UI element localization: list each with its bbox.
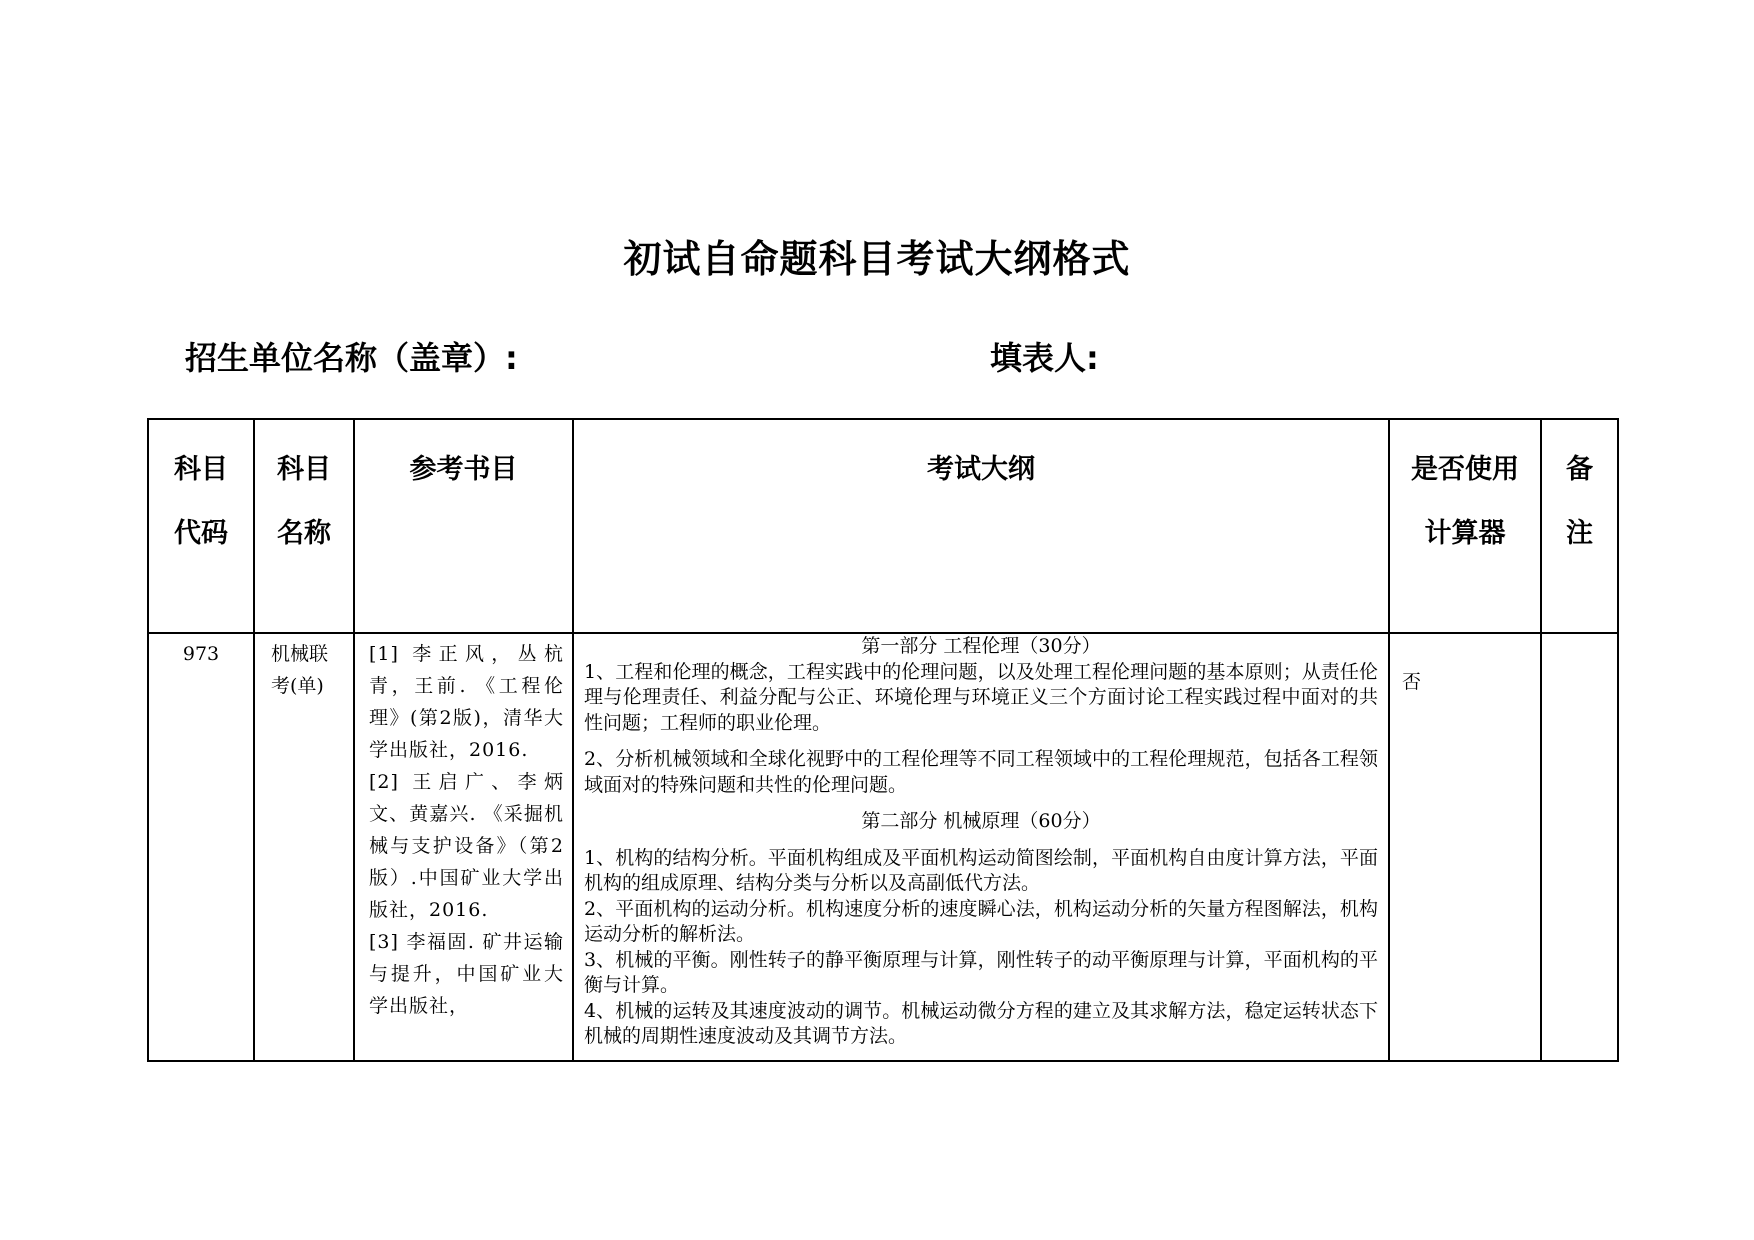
header-references: 参考书目 [354, 419, 573, 633]
header-remarks: 备 注 [1541, 419, 1618, 633]
header-syllabus: 考试大纲 [573, 419, 1389, 633]
header-calculator: 是否使用 计算器 [1389, 419, 1541, 633]
syllabus-cell: 第一部分 工程伦理（30分） 1、工程和伦理的概念，工程实践中的伦理问题，以及处… [573, 633, 1389, 1061]
reference-item: [3] 李福固. 矿井运输与提升，中国矿业大学出版社， [369, 926, 564, 1022]
syllabus-part1-title: 第一部分 工程伦理（30分） [584, 634, 1378, 660]
header-subject-code: 科目 代码 [148, 419, 254, 633]
table-header-row: 科目 代码 科目 名称 参考书目 考试大纲 是否使用 计算器 备 注 [148, 419, 1618, 633]
table-row: 973 机械联考(单) [1] 李正风，丛杭青，王前. 《工程伦理》(第2版)，… [148, 633, 1618, 1061]
syllabus-table: 科目 代码 科目 名称 参考书目 考试大纲 是否使用 计算器 备 注 [147, 418, 1619, 1062]
syllabus-item: 1、机构的结构分析。平面机构组成及平面机构运动简图绘制，平面机构自由度计算方法，… [584, 846, 1378, 897]
syllabus-item: 4、机械的运转及其速度波动的调节。机械运动微分方程的建立及其求解方法，稳定运转状… [584, 999, 1378, 1050]
syllabus-item: 3、机械的平衡。刚性转子的静平衡原理与计算，刚性转子的动平衡原理与计算，平面机构… [584, 948, 1378, 999]
document-title: 初试自命题科目考试大纲格式 [0, 228, 1754, 283]
syllabus-item: 2、平面机构的运动分析。机构速度分析的速度瞬心法，机构运动分析的矢量方程图解法，… [584, 897, 1378, 948]
references-cell: [1] 李正风，丛杭青，王前. 《工程伦理》(第2版)，清华大学出版社，2016… [354, 633, 573, 1061]
subject-name-cell: 机械联考(单) [254, 633, 354, 1061]
subject-code-cell: 973 [148, 633, 254, 1061]
header-subject-name: 科目 名称 [254, 419, 354, 633]
form-filler-label: 填表人: [990, 333, 1099, 379]
reference-item: [1] 李正风，丛杭青，王前. 《工程伦理》(第2版)，清华大学出版社，2016… [369, 638, 564, 766]
syllabus-part2-title: 第二部分 机械原理（60分） [584, 809, 1378, 835]
unit-name-label: 招生单位名称（盖章）: [185, 333, 518, 379]
syllabus-item: 2、分析机械领域和全球化视野中的工程伦理等不同工程领域中的工程伦理规范，包括各工… [584, 747, 1378, 798]
reference-item: [2] 王启广、李炳文、黄嘉兴. 《采掘机械与支护设备》（第2版）.中国矿业大学… [369, 766, 564, 926]
calculator-cell: 否 [1389, 633, 1541, 1061]
remarks-cell [1541, 633, 1618, 1061]
syllabus-item: 1、工程和伦理的概念，工程实践中的伦理问题，以及处理工程伦理问题的基本原则；从责… [584, 660, 1378, 737]
